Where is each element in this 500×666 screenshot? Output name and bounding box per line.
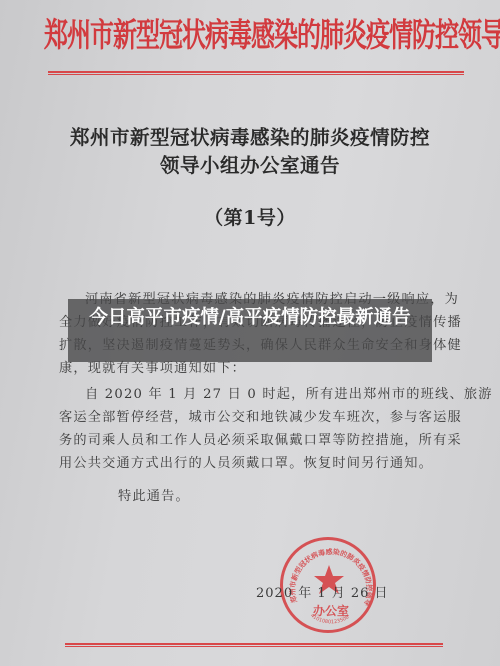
issue-date: 2020 年 1 月 26 日 (256, 582, 389, 601)
caption-text: 今日高平市疫情/高平疫情防控最新通告 (68, 306, 432, 330)
notice-title-line2: 领导小组办公室通告 (60, 150, 440, 178)
closing-text: 特此通告。 (118, 485, 190, 504)
notice-title-line1: 郑州市新型冠状病毒感染的肺炎疫情防控 (60, 122, 440, 150)
red-masthead: 郑州市新型冠状病毒感染的肺炎疫情防控领导小组办公室 (44, 4, 468, 66)
text-line: 用公共交通方式出行的人员须戴口罩。恢复时间另行通知。 (59, 452, 455, 475)
text-line: 客运全部暂停经营，城市公交和地铁减少发车班次，参与客运服 (59, 406, 455, 429)
document-number: （第1号） (60, 203, 440, 230)
document-photo: 郑州市新型冠状病毒感染的肺炎疫情防控领导小组办公室 郑州市新型冠状病毒感染的肺炎… (0, 0, 500, 666)
red-divider-bottom (65, 643, 443, 647)
text-line: 自 2020 年 1 月 27 日 0 时起，所有进出郑州市的班线、旅游 (85, 383, 455, 406)
red-divider-top (48, 71, 464, 75)
text-line: 务的司乘人员和工作人员必须采取佩戴口罩等防控措施，所有采 (59, 429, 455, 452)
caption-overlay: 今日高平市疫情/高平疫情防控最新通告 (68, 299, 432, 362)
seal-center-text: 办公室 (313, 602, 349, 619)
